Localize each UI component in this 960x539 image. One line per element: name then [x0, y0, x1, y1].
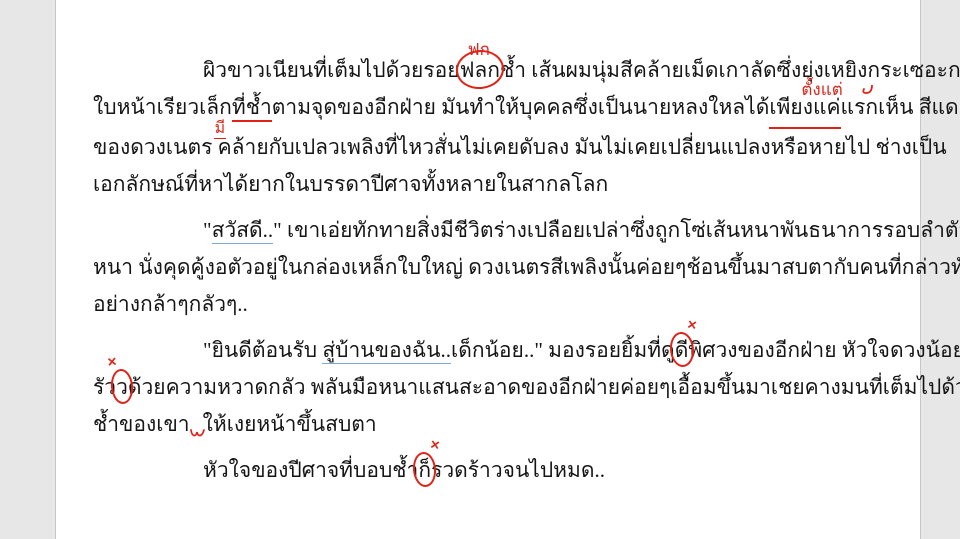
text-line: "ยินดีต้อนรับ สู่บ้านของฉัน..เด็กน้อย.."… [93, 332, 884, 369]
text-run: หนา นั่งคุดคู้งอตัวอยู่ในกล่องเหล็กใบใหญ… [93, 255, 960, 279]
delete-x-icon: ✕ [429, 438, 441, 452]
text-run: ของดวงเนตร [93, 135, 218, 159]
text-run: ผิวขาวเนียนที่เต็มไปด้วยรอย [203, 58, 460, 82]
text-run: ด้วยความหวาดกลัว พลันมือหนาแสนสะอาดของอี… [128, 375, 960, 399]
text-run: ตามจุดของอีกฝ่าย มันทำให้บุคคลซึ่งเป็นนา… [272, 95, 770, 119]
proofread-underlined-word: ที่ช้ำ [232, 95, 272, 122]
text-line: ผิวขาวเนียนที่เต็มไปด้วยรอยฟกฟลกช้ำ เส้น… [93, 52, 884, 89]
text-run: ช้ำของเขา [93, 412, 190, 436]
text-line: ของดวงเนตร มีคล้ายกับเปลวเพลิงที่ไหวสั่น… [93, 129, 884, 166]
text-line: หนา นั่งคุดคู้งอตัวอยู่ในกล่องเหล็กใบใหญ… [93, 249, 884, 286]
paragraph-1: ผิวขาวเนียนที่เต็มไปด้วยรอยฟกฟลกช้ำ เส้น… [93, 52, 884, 203]
text-run: แรกเห็น สีแดงเพลิง [841, 95, 960, 119]
delete-x-icon: ✕ [686, 318, 698, 332]
text-run: ว [116, 375, 128, 399]
text-run: เอกลักษณ์ที่หาได้ยากในบรรดาปีศาจทั้งหลาย… [93, 172, 608, 196]
proofread-circled-word: ✕ว [116, 369, 128, 406]
paragraph-2: "สวัสดี.." เขาเอ่ยทักทายสิ่งมีชีวิตร่างเ… [93, 212, 884, 323]
text-run: "ยินดีต้อนรับ [203, 338, 322, 362]
correction-text: ฟก [468, 41, 490, 58]
text-run: เด็กน้อย.." มองรอยยิ้มที่ดู [451, 338, 675, 362]
text-run: หัวใจของปีศาจที่บอบช้ำ [203, 458, 418, 482]
underlined-phrase: สู่บ้านของฉัน.. [322, 338, 451, 364]
text-line: อย่างกล้าๆกลัวๆ.. [93, 286, 884, 323]
text-run: รวดร้าวจนไปหมด.. [431, 458, 605, 482]
text-line: ใบหน้าเรียวเล็กที่ช้ำตามจุดของอีกฝ่าย มั… [93, 89, 884, 129]
paragraph-3: "ยินดีต้อนรับ สู่บ้านของฉัน..เด็กน้อย.."… [93, 332, 884, 443]
text-run: ฟลก [460, 58, 500, 82]
delete-x-icon: ✕ [106, 356, 117, 369]
paragraph-4: หัวใจของปีศาจที่บอบช้ำ✕ก็รวดร้าวจนไปหมด.… [93, 452, 884, 489]
proofread-underlined-word: ตั้งแต่เพียงแค่ [769, 89, 840, 129]
join-words-squiggle-icon [190, 421, 203, 431]
text-run: ก็ [418, 458, 431, 482]
proofread-circled-word: ✕ดี [675, 332, 689, 369]
red-curl-icon [862, 85, 876, 95]
text-run: กับเปลวเพลิงที่ไหวสั่นไม่เคยดับลง มันไม่… [269, 135, 947, 159]
text-run: ก [867, 58, 880, 82]
proofread-circled-word: ✕ก็ [418, 452, 431, 489]
text-run: พิศวงของอีกฝ่าย หัวใจดวงน้อยก็เต้นถี่ [688, 338, 960, 362]
text-line: "สวัสดี.." เขาเอ่ยทักทายสิ่งมีชีวิตร่างเ… [93, 212, 884, 249]
text-line: หัวใจของปีศาจที่บอบช้ำ✕ก็รวดร้าวจนไปหมด.… [93, 452, 884, 489]
text-line: รัว✕วด้วยความหวาดกลัว พลันมือหนาแสนสะอาด… [93, 369, 884, 406]
document-page: ผิวขาวเนียนที่เต็มไปด้วยรอยฟกฟลกช้ำ เส้น… [55, 0, 921, 539]
text-run: " [203, 218, 212, 242]
proofread-curl-target: ก [867, 52, 880, 89]
text-run: " เขาเอ่ยทักทายสิ่งมีชีวิตร่างเปลือยเปล่… [273, 218, 960, 242]
correction-text: ตั้งแต่ [801, 81, 842, 98]
proofread-insert-target: มีคล้าย [218, 129, 269, 166]
text-run: ช้ำ เส้นผมนุ่มสีคล้ายเม็ดเกาลัดซึ่งยุ่งเ… [500, 58, 867, 82]
text-run: ดี [675, 338, 689, 362]
text-run: ใบหน้าเรียวเล็ก [93, 95, 232, 119]
text-run: ให้เงยหน้าขึ้นสบตา [203, 412, 377, 436]
text-line: เอกลักษณ์ที่หาได้ยากในบรรดาปีศาจทั้งหลาย… [93, 166, 884, 203]
document-viewer: ผิวขาวเนียนที่เต็มไปด้วยรอยฟกฟลกช้ำ เส้น… [0, 0, 960, 539]
text-run: อย่างกล้าๆกลัวๆ.. [93, 292, 248, 316]
text-line: ช้ำของเขาให้เงยหน้าขึ้นสบตา [93, 406, 884, 443]
text-run: รัว [93, 375, 116, 399]
proofread-circled-word: ฟกฟลก [460, 52, 500, 89]
underlined-phrase: สวัสดี.. [212, 218, 274, 244]
text-run: ระเซอะกระเซิง [880, 58, 960, 82]
inserted-text: มี [214, 120, 227, 139]
